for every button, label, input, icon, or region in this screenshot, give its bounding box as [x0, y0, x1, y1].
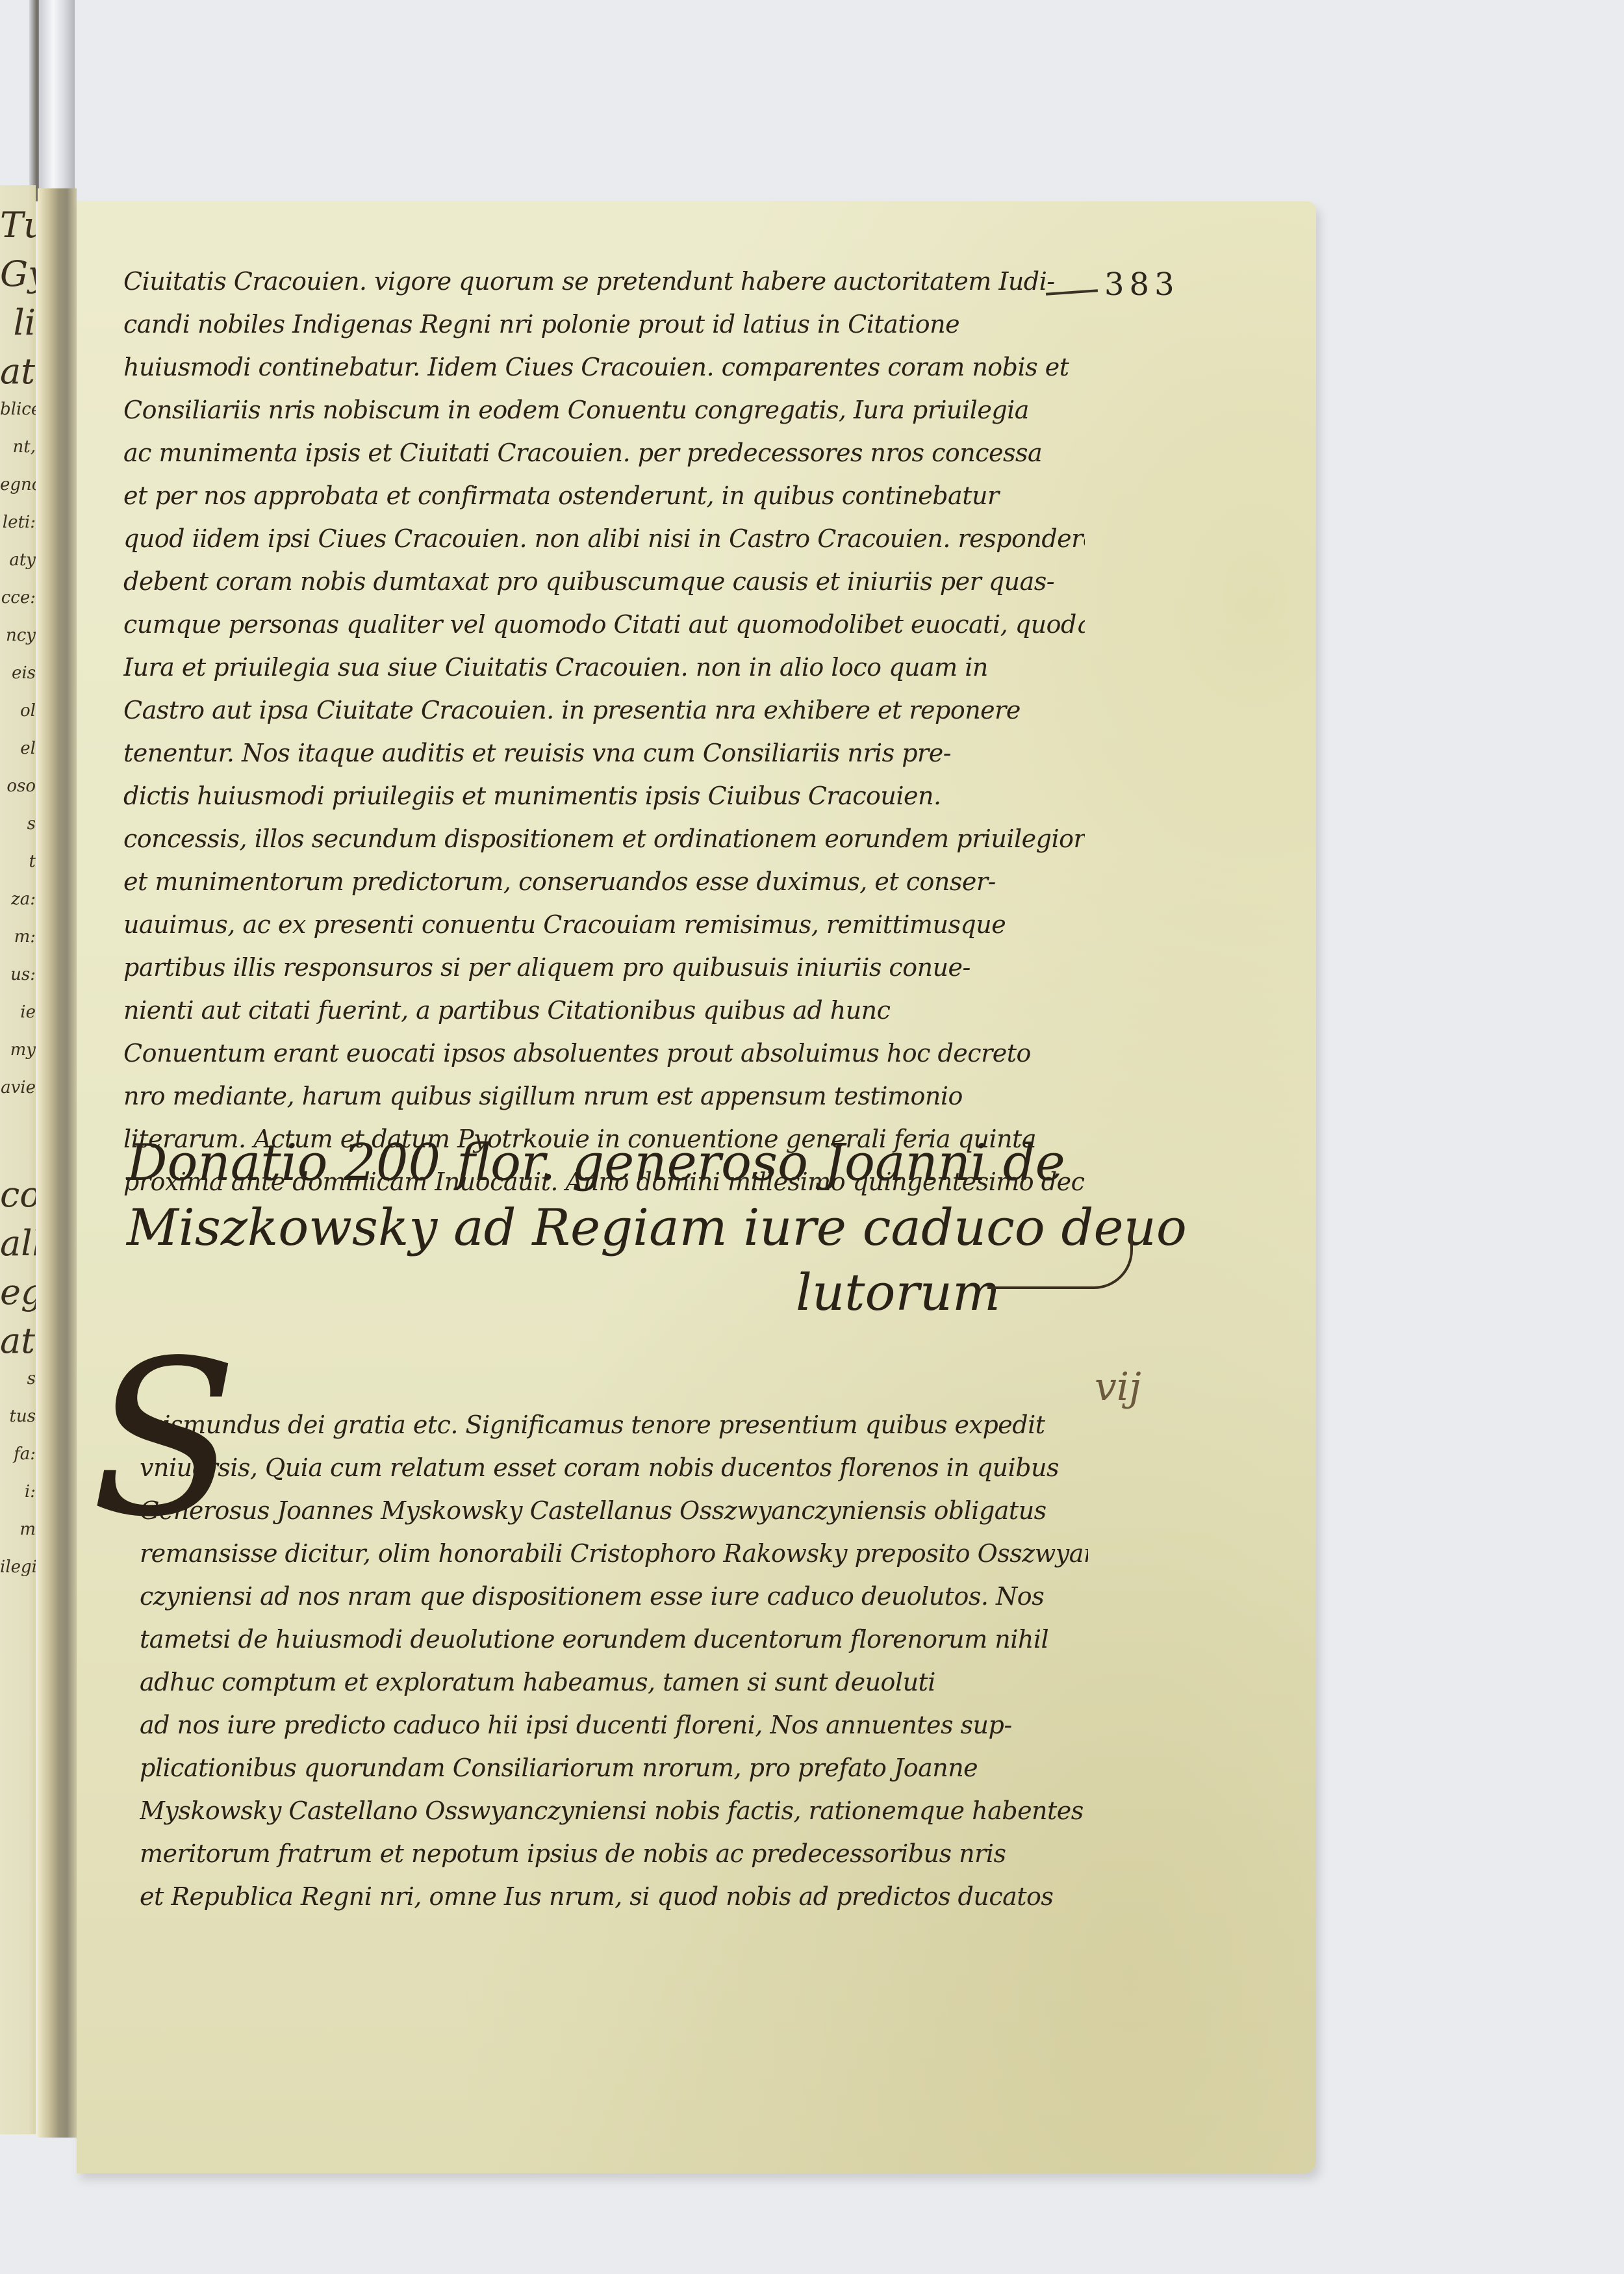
folio-number: 383: [1104, 266, 1180, 303]
left-margin-fragment: t: [0, 852, 36, 871]
text-line: et munimentorum predictorum, conseruando…: [123, 860, 1085, 903]
left-margin-fragment: us:: [0, 965, 36, 984]
left-margin-fragment: egno.: [0, 475, 36, 494]
left-margin-fragment: co:: [0, 1174, 36, 1215]
left-margin-fragment: ncy: [0, 626, 36, 645]
text-line: Iura et priuilegia sua siue Ciuitatis Cr…: [123, 646, 1085, 689]
text-line: remansisse dicitur, olim honorabili Cris…: [140, 1532, 1088, 1575]
heading-line: Donatio 200 flor. generoso Joanni de: [127, 1131, 1140, 1195]
text-line: candi nobiles Indigenas Regni nri poloni…: [123, 303, 1085, 346]
left-margin-fragment: li: [0, 302, 36, 343]
left-margin-fragment: ol: [0, 701, 36, 721]
left-margin-fragment: atu: [0, 351, 36, 392]
text-line: debent coram nobis dumtaxat pro quibuscu…: [123, 560, 1085, 603]
left-margin-fragment: ilegie: [0, 1557, 36, 1577]
text-line: quod iidem ipsi Ciues Cracouien. non ali…: [123, 517, 1085, 560]
text-line: et per nos approbata et confirmata osten…: [123, 474, 1085, 517]
text-line: plicationibus quorundam Consiliariorum n…: [140, 1746, 1088, 1789]
left-margin-fragment: za:: [0, 889, 36, 909]
book-rod: [39, 0, 75, 201]
left-margin-fragment: leti:: [0, 513, 36, 532]
text-line: partibus illis responsuros si per alique…: [123, 946, 1085, 989]
text-line: ac munimenta ipsis et Ciuitati Cracouien…: [123, 431, 1085, 474]
text-line: adhuc comptum et exploratum habeamus, ta…: [140, 1661, 1088, 1704]
text-line: vniuersis, Quia cum relatum esset coram …: [140, 1446, 1088, 1489]
left-margin-fragment: ati: [0, 1320, 36, 1361]
left-margin-fragment: alb: [0, 1223, 36, 1264]
margin-note: vij: [1095, 1364, 1141, 1410]
text-line: dictis huiusmodi priuilegiis et muniment…: [123, 774, 1085, 817]
left-margin-fragment: i:: [0, 1482, 36, 1501]
text-line: tametsi de huiusmodi deuolutione eorunde…: [140, 1618, 1088, 1661]
text-line: nro mediante, harum quibus sigillum nrum…: [123, 1075, 1085, 1118]
left-margin-fragment: fa:: [0, 1444, 36, 1464]
text-line: et Republica Regni nri, omne Ius nrum, s…: [140, 1875, 1088, 1918]
left-margin-fragment: m:: [0, 927, 36, 947]
text-line: meritorum fratrum et nepotum ipsius de n…: [140, 1832, 1088, 1875]
left-margin-fragment: oso: [0, 776, 36, 796]
left-page-edge: TurriGynliatublicent,egno.leti:atycce:nc…: [0, 185, 36, 2134]
text-line: Castro aut ipsa Ciuitate Cracouien. in p…: [123, 689, 1085, 732]
text-line: Consiliariis nris nobiscum in eodem Conu…: [123, 389, 1085, 431]
text-line: uauimus, ac ex presenti conuentu Cracoui…: [123, 903, 1085, 946]
text-line: Conuentum erant euocati ipsos absoluente…: [123, 1032, 1085, 1075]
left-margin-fragment: blice: [0, 400, 36, 419]
page-gutter: [38, 188, 77, 2138]
left-margin-fragment: my: [0, 1040, 36, 1060]
flourish-decoration: [987, 1221, 1133, 1289]
left-margin-fragment: avie: [0, 1078, 36, 1097]
left-margin-fragment: nt,: [0, 437, 36, 457]
left-margin-fragment: egi: [0, 1271, 36, 1312]
text-line: Generosus Joannes Myskowsky Castellanus …: [140, 1489, 1088, 1532]
text-line: nienti aut citati fuerint, a partibus Ci…: [123, 989, 1085, 1032]
text-line: concessis, illos secundum dispositionem …: [123, 817, 1085, 860]
text-line: huiusmodi continebatur. Iidem Ciues Crac…: [123, 346, 1085, 389]
text-line: Ciuitatis Cracouien. vigore quorum se pr…: [123, 260, 1085, 303]
left-margin-fragment: s: [0, 814, 36, 834]
left-margin-fragment: Gyn: [0, 253, 36, 294]
left-margin-fragment: el: [0, 739, 36, 758]
text-line: ad nos iure predicto caduco hii ipsi duc…: [140, 1704, 1088, 1746]
left-margin-fragment: tus: [0, 1407, 36, 1426]
text-line: cumque personas qualiter vel quomodo Cit…: [123, 603, 1085, 646]
text-line: Myskowsky Castellano Osswyanczyniensi no…: [140, 1789, 1088, 1832]
left-margin-fragment: Turri: [0, 205, 36, 246]
left-margin-fragment: cce:: [0, 588, 36, 607]
paragraph-1: Ciuitatis Cracouien. vigore quorum se pr…: [123, 260, 1085, 1203]
left-margin-fragment: s: [0, 1369, 36, 1388]
text-line: czyniensi ad nos nram que dispositionem …: [140, 1575, 1088, 1618]
left-margin-fragment: eis: [0, 663, 36, 683]
paragraph-2: igismundus dei gratia etc. Significamus …: [140, 1403, 1088, 1918]
left-margin-fragment: aty: [0, 550, 36, 570]
left-margin-fragment: m: [0, 1520, 36, 1539]
text-line: igismundus dei gratia etc. Significamus …: [140, 1403, 1088, 1446]
left-margin-fragment: ie: [0, 1003, 36, 1022]
text-line: tenentur. Nos itaque auditis et reuisis …: [123, 732, 1085, 774]
